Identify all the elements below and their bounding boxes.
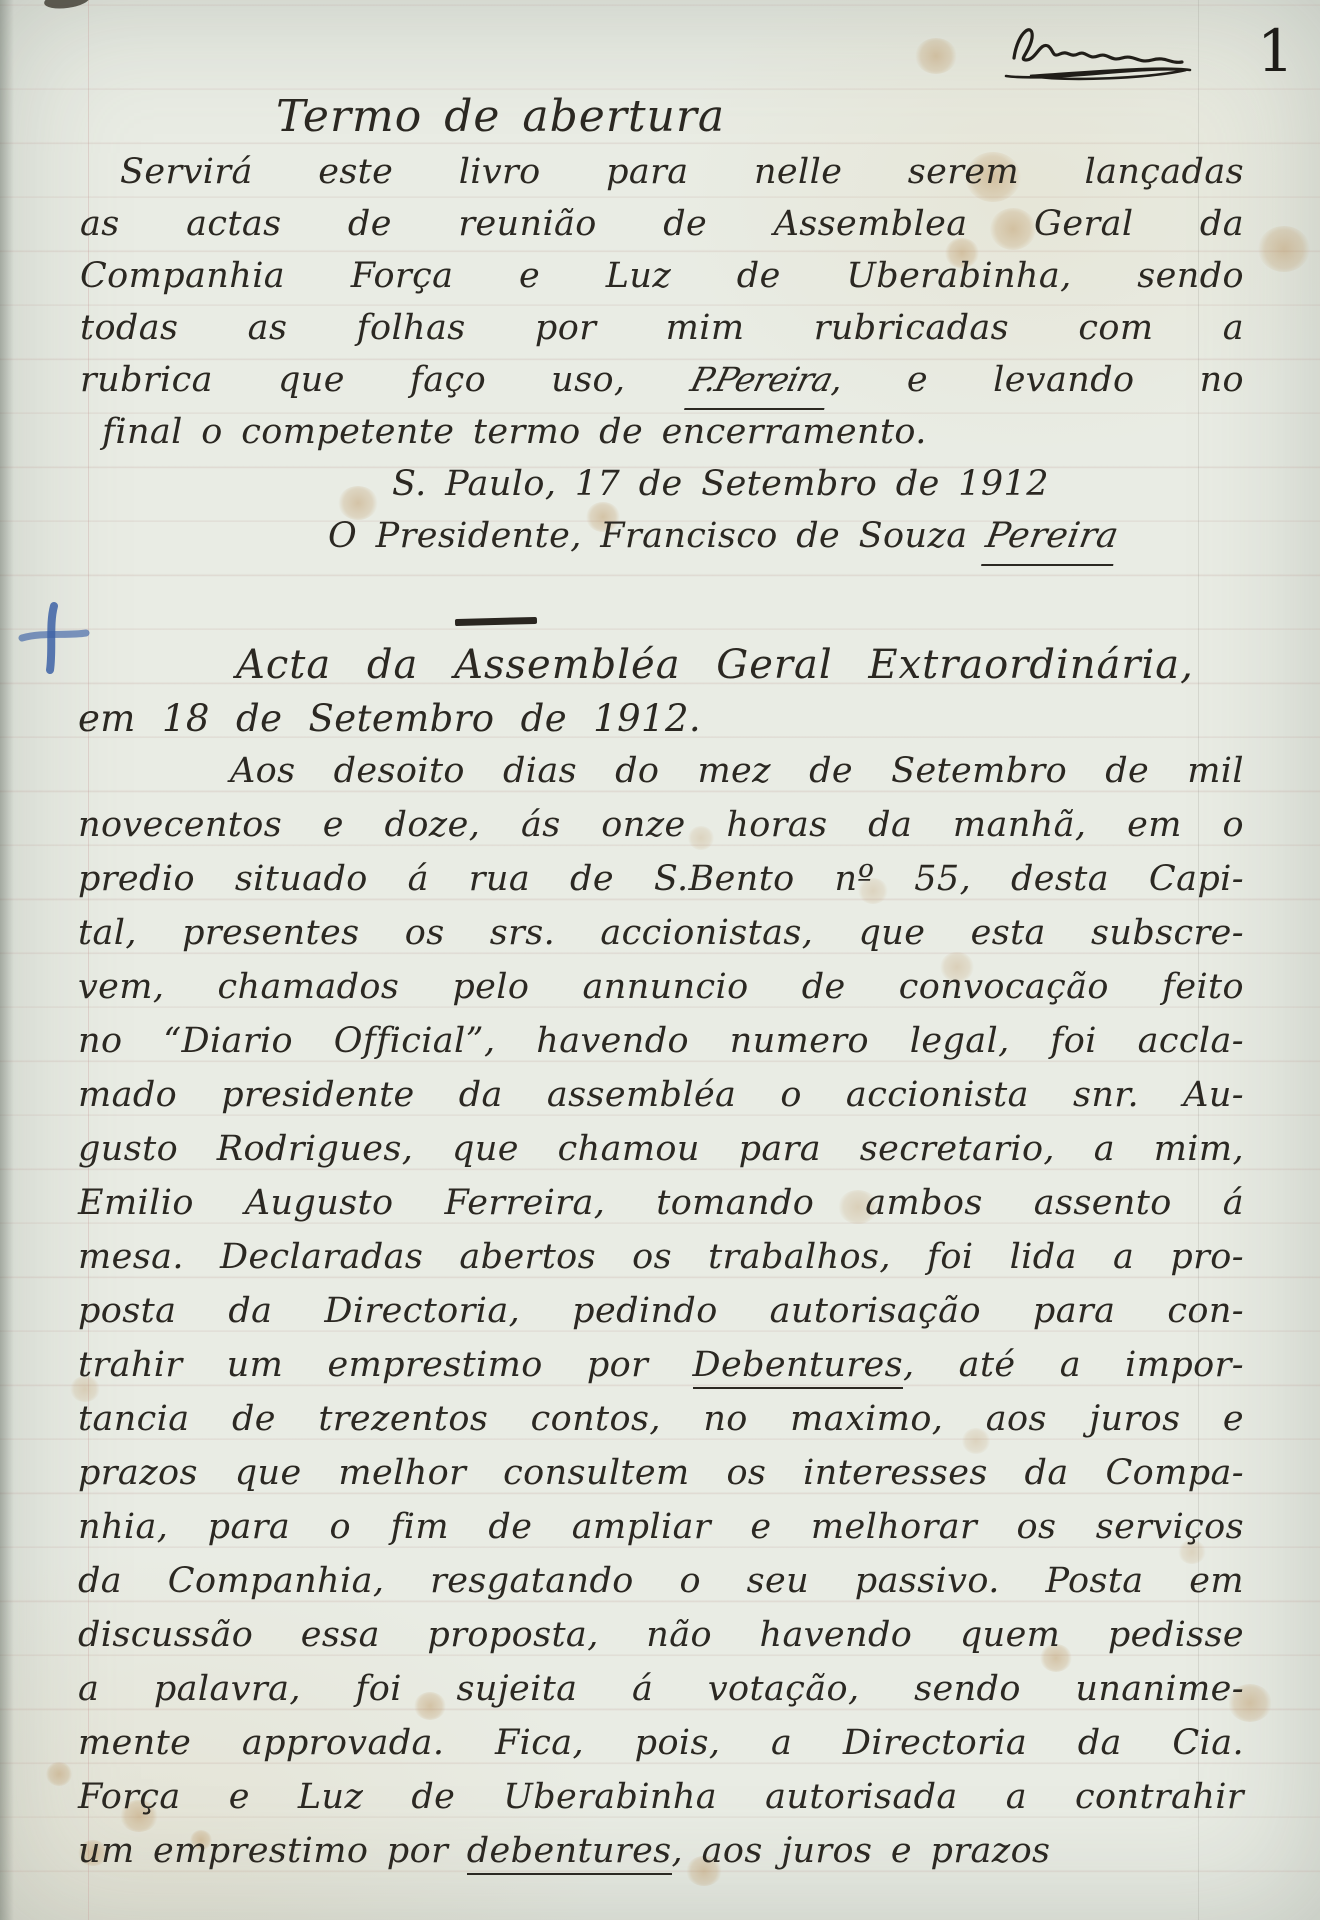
president-signature: Pereira: [981, 510, 1123, 566]
line-text: rubrica que faço uso,: [80, 360, 691, 400]
termo-line: todas as folhas por mim rubricadas com a: [80, 302, 1244, 354]
inline-rubric-signature: P.Pereira: [684, 354, 838, 410]
president-signature-line: O Presidente, Francisco de Souza Pereira: [80, 510, 1244, 562]
acta-body-line: Aos desoito dias do mez de Setembro de m…: [78, 744, 1244, 798]
termo-line: final o competente termo de encerramento…: [80, 406, 1087, 458]
acta-body-line: posta da Directoria, pedindo autorisação…: [78, 1284, 1244, 1338]
line-text: todas as folhas por mim rubricadas com a: [80, 308, 1244, 348]
acta-body-line: mado presidente da assembléa o accionist…: [78, 1068, 1244, 1122]
acta-body-line: mesa. Declaradas abertos os trabalhos, f…: [78, 1230, 1244, 1284]
underlined-word: Debentures: [693, 1345, 903, 1389]
acta-body-line: da Companhia, resgatando o seu passivo. …: [78, 1554, 1244, 1608]
line-text: posta da Directoria, pedindo autorisação…: [78, 1291, 1244, 1331]
line-text: mado presidente da assembléa o accionist…: [78, 1075, 1244, 1115]
line-text: discussão essa proposta, não havendo que…: [78, 1615, 1244, 1655]
underlined-word: debentures: [467, 1831, 672, 1875]
scan-edge-shadow: [0, 0, 14, 1920]
line-text: Força e Luz de Uberabinha autorisada a c…: [78, 1777, 1244, 1817]
line-text: Companhia Força e Luz de Uberabinha, sen…: [80, 256, 1244, 296]
acta-body-line: discussão essa proposta, não havendo que…: [78, 1608, 1244, 1662]
acta-body-line: a palavra, foi sujeita á votação, sendo …: [78, 1662, 1244, 1716]
termo-de-abertura-section: Termo de abertura Servirá este livro par…: [80, 88, 1244, 562]
rubric-signature-icon: [1000, 14, 1220, 90]
line-text: , e levando no: [830, 360, 1244, 400]
acta-heading-line2: em 18 de Setembro de 1912.: [78, 692, 1244, 746]
acta-body-line: novecentos e doze, ás onze horas da manh…: [78, 798, 1244, 852]
acta-body-line: prazos que melhor consultem os interesse…: [78, 1446, 1244, 1500]
acta-body-section: Aos desoito dias do mez de Setembro de m…: [78, 744, 1244, 1878]
acta-heading-line1: Acta da Assembléa Geral Extraordinária,: [78, 638, 1244, 692]
line-text: O Presidente, Francisco de Souza: [328, 516, 986, 556]
line-text: prazos que melhor consultem os interesse…: [78, 1453, 1244, 1493]
acta-body-line: trahir um emprestimo por Debentures, até…: [78, 1338, 1244, 1392]
termo-dateline: S. Paulo, 17 de Setembro de 1912: [80, 458, 1244, 510]
acta-body-line: no “Diario Official”, havendo numero leg…: [78, 1014, 1244, 1068]
page-edge-mark: [43, 0, 91, 11]
paper-stain: [1258, 226, 1310, 272]
line-text: final o competente termo de encerramento…: [102, 412, 927, 452]
line-text: da Companhia, resgatando o seu passivo. …: [78, 1561, 1244, 1601]
termo-line: rubrica que faço uso, P.Pereira, e levan…: [80, 354, 1244, 406]
line-text: , até a impor-: [903, 1345, 1244, 1385]
termo-line: Servirá este livro para nelle serem lanç…: [80, 146, 1244, 198]
line-text: gusto Rodrigues, que chamou para secreta…: [78, 1129, 1244, 1169]
acta-body-line: Força e Luz de Uberabinha autorisada a c…: [78, 1770, 1244, 1824]
line-text: tal, presentes os srs. accionistas, que …: [78, 913, 1244, 953]
acta-body-line: tancia de trezentos contos, no maximo, a…: [78, 1392, 1244, 1446]
line-text: tancia de trezentos contos, no maximo, a…: [78, 1399, 1244, 1439]
termo-line: as actas de reunião de Assemblea Geral d…: [80, 198, 1244, 250]
paper-stain: [46, 1762, 72, 1786]
line-text: Aos desoito dias do mez de Setembro de m…: [230, 751, 1244, 791]
page-number: 1: [1257, 22, 1294, 80]
line-text: nhia, para o fim de ampliar e melhorar o…: [78, 1507, 1244, 1547]
line-text: Servirá este livro para nelle serem lanç…: [120, 152, 1244, 192]
acta-body-line: mente approvada. Fica, pois, a Directori…: [78, 1716, 1244, 1770]
line-text: vem, chamados pelo annuncio de convocaçã…: [78, 967, 1244, 1007]
acta-body-line: gusto Rodrigues, que chamou para secreta…: [78, 1122, 1244, 1176]
line-text: mesa. Declaradas abertos os trabalhos, f…: [78, 1237, 1244, 1277]
manuscript-page: 1 Termo de abertura Servirá este livro p…: [0, 0, 1320, 1920]
termo-line: Companhia Força e Luz de Uberabinha, sen…: [80, 250, 1244, 302]
acta-body-line: nhia, para o fim de ampliar e melhorar o…: [78, 1500, 1244, 1554]
line-text: , aos juros e prazos: [672, 1831, 1051, 1871]
acta-body-line: tal, presentes os srs. accionistas, que …: [78, 906, 1244, 960]
acta-heading-section: Acta da Assembléa Geral Extraordinária, …: [78, 638, 1244, 746]
line-text: no “Diario Official”, havendo numero leg…: [78, 1021, 1244, 1061]
line-text: um emprestimo por: [78, 1831, 467, 1871]
line-text: a palavra, foi sujeita á votação, sendo …: [78, 1669, 1244, 1709]
line-text: novecentos e doze, ás onze horas da manh…: [78, 805, 1244, 845]
acta-body-line: um emprestimo por debentures, aos juros …: [78, 1824, 1244, 1878]
line-text: mente approvada. Fica, pois, a Directori…: [78, 1723, 1244, 1763]
termo-title: Termo de abertura: [80, 88, 1244, 146]
paper-stain: [915, 38, 957, 74]
line-text: predio situado á rua de S.Bento nº 55, d…: [78, 859, 1244, 899]
acta-body-line: vem, chamados pelo annuncio de convocaçã…: [78, 960, 1244, 1014]
acta-body-line: Emilio Augusto Ferreira, tomando ambos a…: [78, 1176, 1244, 1230]
acta-body-line: predio situado á rua de S.Bento nº 55, d…: [78, 852, 1244, 906]
line-text: trahir um emprestimo por: [78, 1345, 693, 1385]
line-text: Emilio Augusto Ferreira, tomando ambos a…: [78, 1183, 1244, 1223]
line-text: as actas de reunião de Assemblea Geral d…: [80, 204, 1244, 244]
section-divider-dash: [455, 617, 537, 626]
